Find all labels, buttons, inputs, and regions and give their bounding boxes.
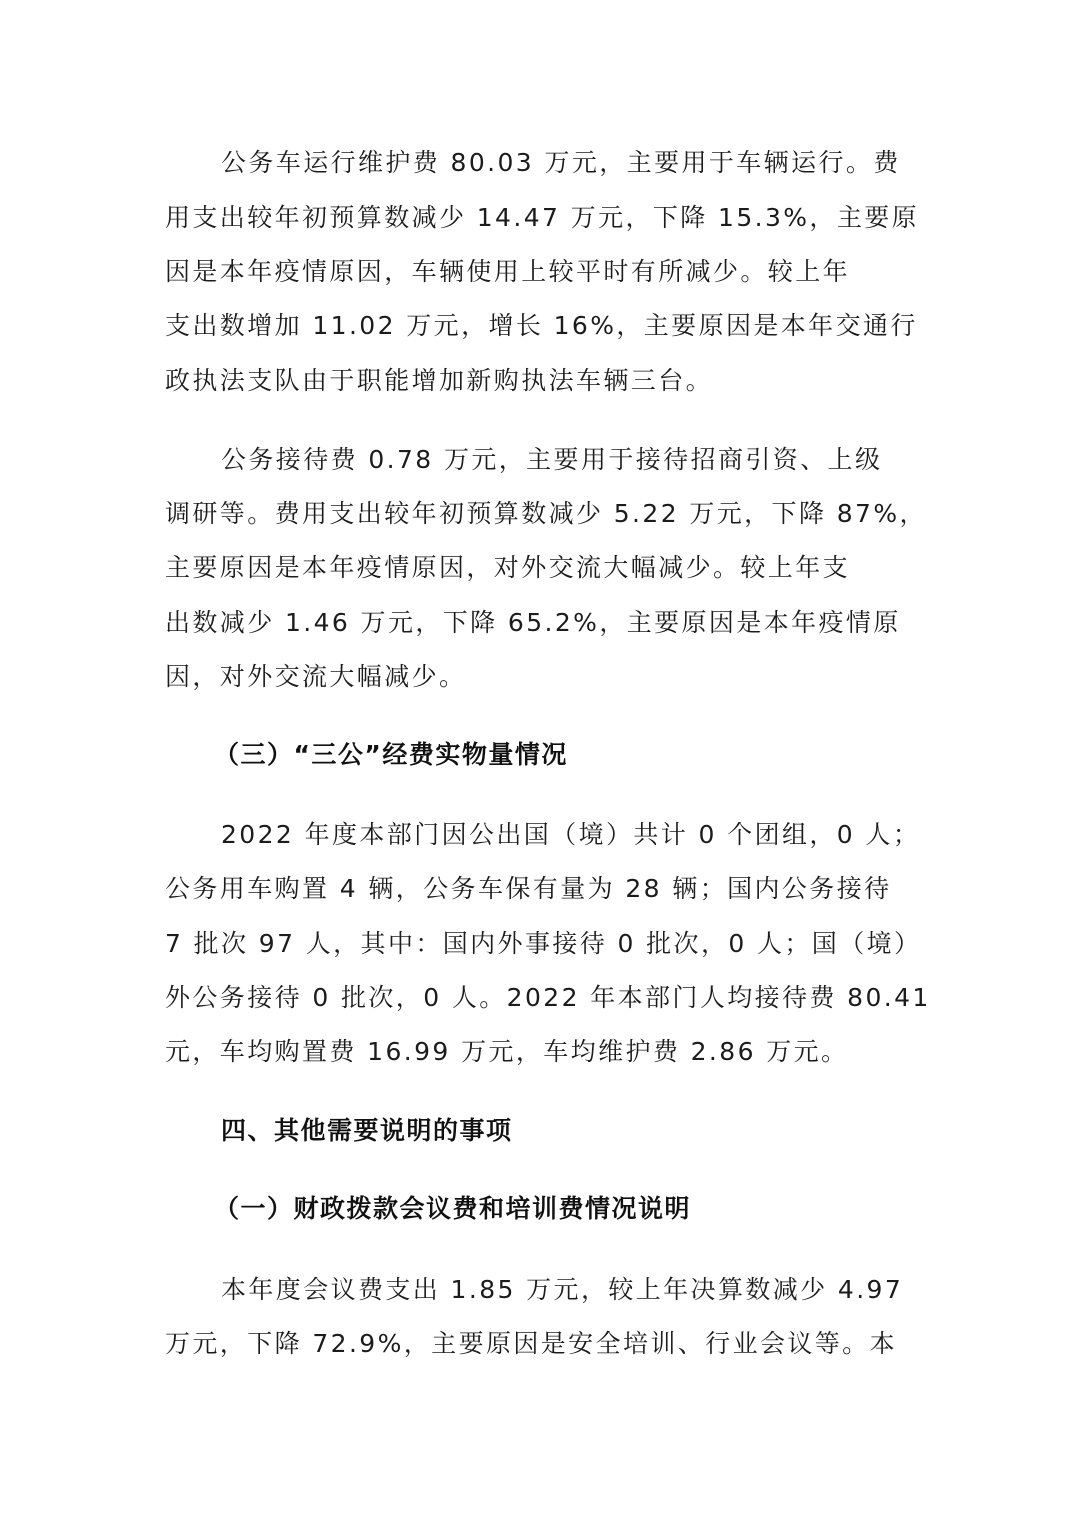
text-line: 元，车均购置费 16.99 万元，车均维护费 2.86 万元。 [165, 1035, 848, 1069]
section-heading-other-matters: 四、其他需要说明的事项 [221, 1114, 513, 1148]
text-line: 政执法支队由于职能增加新购执法车辆三台。 [165, 364, 713, 398]
section-heading-meeting-training-fees: （一）财政拨款会议费和培训费情况说明 [214, 1192, 691, 1226]
text-line: 出数减少 1.46 万元，下降 65.2%，主要原因是本年疫情原 [165, 606, 901, 640]
text-line: 万元，下降 72.9%，主要原因是安全培训、行业会议等。本 [165, 1327, 897, 1361]
text-line: 2022 年度本部门因公出国（境）共计 0 个团组，0 人； [221, 818, 920, 852]
text-line: 公务用车购置 4 辆，公务车保有量为 28 辆；国内公务接待 [165, 872, 892, 906]
text-line: 支出数增加 11.02 万元，增长 16%，主要原因是本年交通行 [165, 309, 918, 343]
text-line: 用支出较年初预算数减少 14.47 万元，下降 15.3%，主要原 [165, 201, 919, 235]
text-line: 因，对外交流大幅减少。 [165, 660, 466, 694]
text-line: 因是本年疫情原因，车辆使用上较平时有所减少。较上年 [165, 255, 850, 289]
text-line: 公务车运行维护费 80.03 万元，主要用于车辆运行。费 [221, 146, 901, 180]
text-line: 主要原因是本年疫情原因，对外交流大幅减少。较上年支 [165, 551, 850, 585]
text-line: 7 批次 97 人，其中：国内外事接待 0 批次，0 人；国（境） [165, 927, 921, 961]
section-heading-three-public-quantity: （三）“三公”经费实物量情况 [214, 738, 568, 772]
text-line: 本年度会议费支出 1.85 万元，较上年决算数减少 4.97 [221, 1273, 903, 1307]
document-page: 公务车运行维护费 80.03 万元，主要用于车辆运行。费 用支出较年初预算数减少… [0, 0, 1075, 1520]
text-line: 外公务接待 0 批次，0 人。2022 年本部门人均接待费 80.41 [165, 981, 931, 1015]
text-line: 调研等。费用支出较年初预算数减少 5.22 万元，下降 87%， [165, 497, 927, 531]
text-line: 公务接待费 0.78 万元，主要用于接待招商引资、上级 [221, 443, 882, 477]
